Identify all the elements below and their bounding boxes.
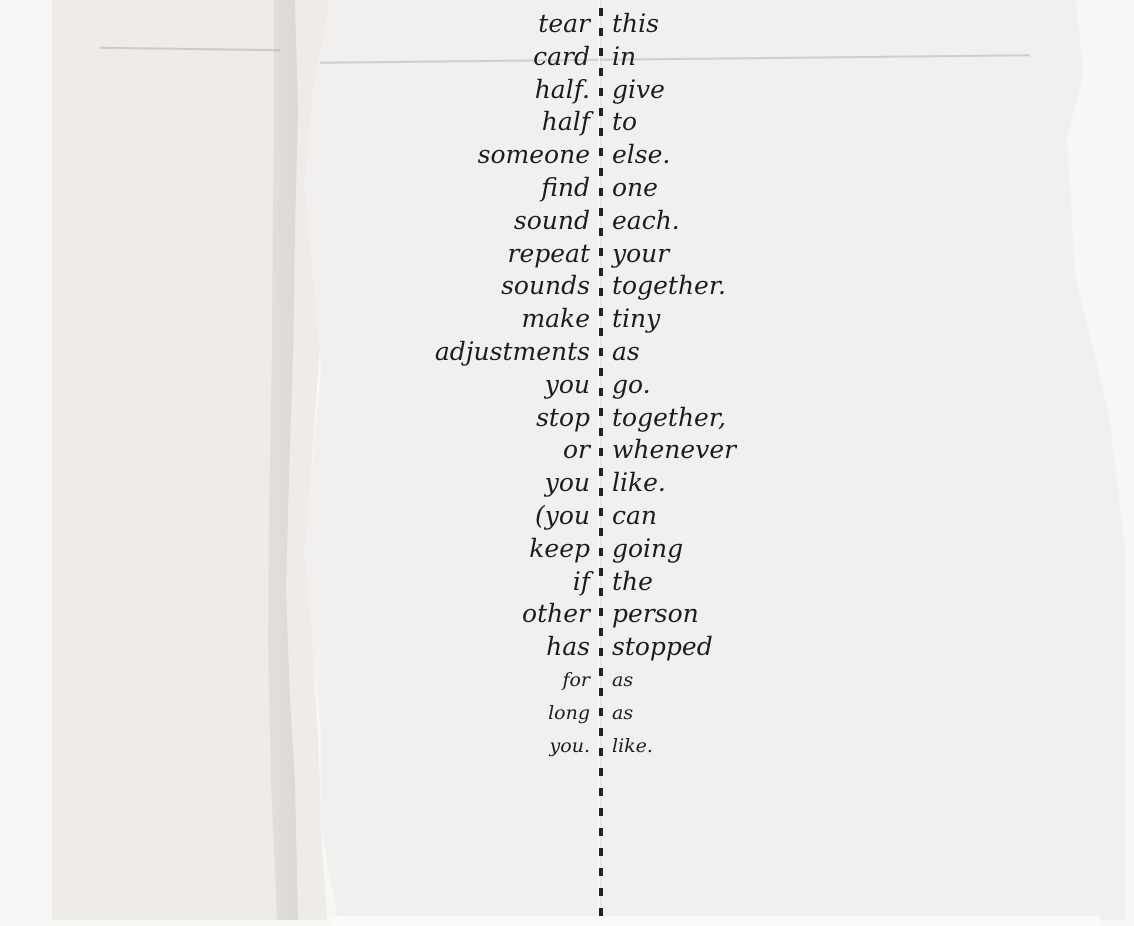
left-word: keep (435, 533, 590, 566)
left-word: find (435, 172, 590, 205)
left-word: sounds (435, 270, 590, 303)
left-word: someone (435, 139, 590, 172)
left-word: card (435, 41, 590, 74)
right-word: else. (612, 139, 736, 172)
right-word: as (612, 697, 736, 730)
left-word: tear (435, 8, 590, 41)
left-word: adjustments (435, 336, 590, 369)
left-word: long (435, 697, 590, 730)
right-word-column: this in give to else. one each. your tog… (612, 8, 736, 762)
right-word: as (612, 664, 736, 697)
right-word: can (612, 500, 736, 533)
left-word: you (435, 369, 590, 402)
right-word: whenever (612, 434, 736, 467)
right-word: in (612, 41, 736, 74)
left-word: repeat (435, 238, 590, 271)
right-word: this (612, 8, 736, 41)
right-word: go. (612, 369, 736, 402)
left-word: you (435, 467, 590, 500)
left-word: you. (435, 730, 590, 763)
right-word: stopped (612, 631, 736, 664)
left-word: if (435, 566, 590, 599)
right-word: to (612, 106, 736, 139)
bottom-edge (330, 916, 1100, 926)
right-word: your (612, 238, 736, 271)
left-word: half. (435, 74, 590, 107)
left-word: half (435, 106, 590, 139)
right-word: like. (612, 467, 736, 500)
right-word: each. (612, 205, 736, 238)
left-word: stop (435, 402, 590, 435)
right-word: give (612, 74, 736, 107)
left-word: sound (435, 205, 590, 238)
left-word: or (435, 434, 590, 467)
scanned-card-scene: tear card half. half someone find sound … (0, 0, 1134, 926)
right-word: the (612, 566, 736, 599)
right-word: going (612, 533, 736, 566)
right-word: as (612, 336, 736, 369)
left-word: other (435, 598, 590, 631)
right-word: like. (612, 730, 736, 763)
right-word: together, (612, 402, 736, 435)
left-word-column: tear card half. half someone find sound … (435, 8, 590, 762)
card-left-half (52, 0, 342, 920)
right-word: person (612, 598, 736, 631)
left-word: has (435, 631, 590, 664)
right-word: together. (612, 270, 736, 303)
right-word: tiny (612, 303, 736, 336)
left-word: for (435, 664, 590, 697)
right-word: one (612, 172, 736, 205)
left-word: (you (435, 500, 590, 533)
dashed-tear-guide (599, 8, 603, 916)
left-word: make (435, 303, 590, 336)
